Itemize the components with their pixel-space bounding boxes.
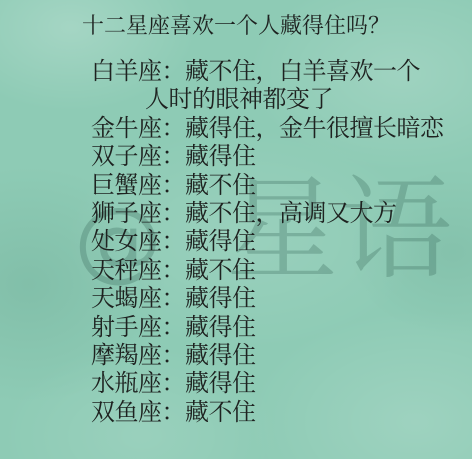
zodiac-line-sagittarius: 射手座：藏得住 [91, 313, 444, 341]
zodiac-line-capricorn: 摩羯座：藏得住 [91, 341, 444, 369]
zodiac-line-libra: 天秤座：藏不住 [91, 256, 444, 284]
zodiac-line-cancer: 巨蟹座：藏不住 [91, 171, 444, 199]
zodiac-line-pisces: 双鱼座：藏不住 [91, 398, 444, 426]
zodiac-line-aquarius: 水瓶座：藏得住 [91, 369, 444, 397]
zodiac-line-gemini: 双子座：藏得住 [91, 142, 444, 170]
zodiac-line-taurus: 金牛座：藏得住，金牛很擅长暗恋 [91, 114, 444, 142]
zodiac-line-aries-wrap: 人时的眼神都变了 [145, 85, 444, 113]
zodiac-line-leo: 狮子座：藏不住，高调又大方 [91, 199, 444, 227]
zodiac-line-virgo: 处女座：藏得住 [91, 227, 444, 255]
zodiac-line-scorpio: 天蝎座：藏得住 [91, 284, 444, 312]
zodiac-line-aries: 白羊座：藏不住，白羊喜欢一个 [91, 57, 444, 85]
zodiac-list: 白羊座：藏不住，白羊喜欢一个 人时的眼神都变了 金牛座：藏得住，金牛很擅长暗恋 … [91, 57, 444, 426]
page-title: 十二星座喜欢一个人藏得住吗？ [0, 13, 472, 41]
zodiac-text-image: @ 星 语 十二星座喜欢一个人藏得住吗？ 白羊座：藏不住，白羊喜欢一个 人时的眼… [0, 0, 472, 459]
